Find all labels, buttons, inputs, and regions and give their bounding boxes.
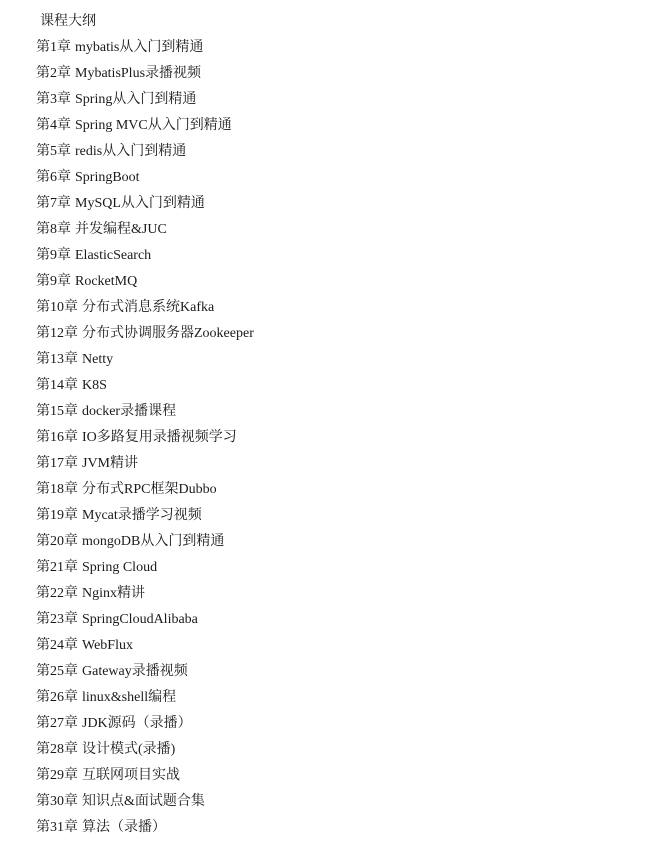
chapter-name: SpringCloudAlibaba xyxy=(82,612,198,627)
chapter-item: 第30章知识点&面试题合集 xyxy=(36,792,254,818)
chapter-name: WebFlux xyxy=(82,638,133,653)
chapter-item: 第6章SpringBoot xyxy=(36,168,254,194)
chapter-number: 第2章 xyxy=(36,66,71,81)
chapter-item: 第7章MySQL从入门到精通 xyxy=(36,194,254,220)
chapter-item: 第4章Spring MVC从入门到精通 xyxy=(36,116,254,142)
chapter-item: 第16章IO多路复用录播视频学习 xyxy=(36,428,254,454)
chapter-item: 第8章并发编程&JUC xyxy=(36,220,254,246)
chapter-number: 第4章 xyxy=(36,118,71,133)
chapter-item: 第18章分布式RPC框架Dubbo xyxy=(36,480,254,506)
chapter-item: 第12章分布式协调服务器Zookeeper xyxy=(36,324,254,350)
chapter-name: Mycat录播学习视频 xyxy=(82,508,202,523)
chapter-name: Spring从入门到精通 xyxy=(75,92,196,107)
chapter-number: 第6章 xyxy=(36,170,71,185)
chapter-name: docker录播课程 xyxy=(82,404,176,419)
chapter-name: RocketMQ xyxy=(75,274,137,289)
chapter-number: 第21章 xyxy=(36,560,78,575)
chapter-item: 第22章Nginx精讲 xyxy=(36,584,254,610)
chapter-name: 并发编程&JUC xyxy=(75,222,167,237)
chapter-name: K8S xyxy=(82,378,107,393)
chapter-name: JDK源码（录播） xyxy=(82,716,192,731)
chapter-item: 第9章ElasticSearch xyxy=(36,246,254,272)
chapter-item: 第9章RocketMQ xyxy=(36,272,254,298)
chapter-item: 第29章互联网项目实战 xyxy=(36,766,254,792)
chapter-name: 算法（录播） xyxy=(82,820,166,835)
chapter-number: 第9章 xyxy=(36,248,71,263)
chapter-name: 分布式协调服务器Zookeeper xyxy=(82,326,254,341)
chapter-name: MybatisPlus录播视频 xyxy=(75,66,201,81)
chapter-item: 第25章Gateway录播视频 xyxy=(36,662,254,688)
chapter-number: 第9章 xyxy=(36,274,71,289)
chapter-item: 第17章JVM精讲 xyxy=(36,454,254,480)
chapter-number: 第30章 xyxy=(36,794,78,809)
chapter-number: 第31章 xyxy=(36,820,78,835)
chapter-item: 第1章mybatis从入门到精通 xyxy=(36,38,254,64)
chapter-item: 第28章设计模式(录播) xyxy=(36,740,254,766)
chapter-name: Netty xyxy=(82,352,113,367)
chapter-name: 分布式RPC框架Dubbo xyxy=(82,482,217,497)
document-title: 课程大纲 xyxy=(40,12,96,32)
chapter-item: 第14章K8S xyxy=(36,376,254,402)
chapter-name: linux&shell编程 xyxy=(82,690,176,705)
chapter-item: 第5章redis从入门到精通 xyxy=(36,142,254,168)
chapter-item: 第27章JDK源码（录播） xyxy=(36,714,254,740)
chapter-item: 第21章Spring Cloud xyxy=(36,558,254,584)
chapter-name: 分布式消息系统Kafka xyxy=(82,300,214,315)
chapter-item: 第2章MybatisPlus录播视频 xyxy=(36,64,254,90)
chapter-number: 第12章 xyxy=(36,326,78,341)
chapter-number: 第20章 xyxy=(36,534,78,549)
chapter-number: 第1章 xyxy=(36,40,71,55)
chapter-name: Spring Cloud xyxy=(82,560,157,575)
chapter-item: 第19章Mycat录播学习视频 xyxy=(36,506,254,532)
chapter-number: 第5章 xyxy=(36,144,71,159)
chapter-number: 第14章 xyxy=(36,378,78,393)
chapter-number: 第7章 xyxy=(36,196,71,211)
chapter-number: 第15章 xyxy=(36,404,78,419)
chapter-number: 第8章 xyxy=(36,222,71,237)
chapter-item: 第31章算法（录播） xyxy=(36,818,254,844)
chapter-number: 第22章 xyxy=(36,586,78,601)
chapter-number: 第10章 xyxy=(36,300,78,315)
chapter-item: 第13章Netty xyxy=(36,350,254,376)
chapter-name: Nginx精讲 xyxy=(82,586,145,601)
chapter-item: 第10章分布式消息系统Kafka xyxy=(36,298,254,324)
chapter-name: IO多路复用录播视频学习 xyxy=(82,430,237,445)
chapter-number: 第17章 xyxy=(36,456,78,471)
chapter-name: 互联网项目实战 xyxy=(82,768,180,783)
chapter-name: SpringBoot xyxy=(75,170,140,185)
chapter-item: 第3章Spring从入门到精通 xyxy=(36,90,254,116)
chapter-number: 第19章 xyxy=(36,508,78,523)
chapter-number: 第16章 xyxy=(36,430,78,445)
chapter-name: Gateway录播视频 xyxy=(82,664,188,679)
chapter-name: redis从入门到精通 xyxy=(75,144,186,159)
chapter-name: 设计模式(录播) xyxy=(82,742,175,757)
chapter-item: 第24章WebFlux xyxy=(36,636,254,662)
chapter-number: 第28章 xyxy=(36,742,78,757)
chapter-number: 第27章 xyxy=(36,716,78,731)
chapter-name: mongoDB从入门到精通 xyxy=(82,534,224,549)
chapter-name: ElasticSearch xyxy=(75,248,151,263)
chapter-number: 第26章 xyxy=(36,690,78,705)
chapter-number: 第23章 xyxy=(36,612,78,627)
chapter-name: Spring MVC从入门到精通 xyxy=(75,118,232,133)
chapter-name: mybatis从入门到精通 xyxy=(75,40,203,55)
chapter-number: 第3章 xyxy=(36,92,71,107)
chapter-name: 知识点&面试题合集 xyxy=(82,794,205,809)
chapter-item: 第23章SpringCloudAlibaba xyxy=(36,610,254,636)
chapter-item: 第20章mongoDB从入门到精通 xyxy=(36,532,254,558)
chapter-number: 第24章 xyxy=(36,638,78,653)
chapter-item: 第15章docker录播课程 xyxy=(36,402,254,428)
chapter-number: 第18章 xyxy=(36,482,78,497)
chapter-name: MySQL从入门到精通 xyxy=(75,196,205,211)
chapter-name: JVM精讲 xyxy=(82,456,138,471)
chapter-number: 第29章 xyxy=(36,768,78,783)
chapter-item: 第26章linux&shell编程 xyxy=(36,688,254,714)
chapter-list: 第1章mybatis从入门到精通第2章MybatisPlus录播视频第3章Spr… xyxy=(36,38,254,844)
chapter-number: 第13章 xyxy=(36,352,78,367)
chapter-number: 第25章 xyxy=(36,664,78,679)
